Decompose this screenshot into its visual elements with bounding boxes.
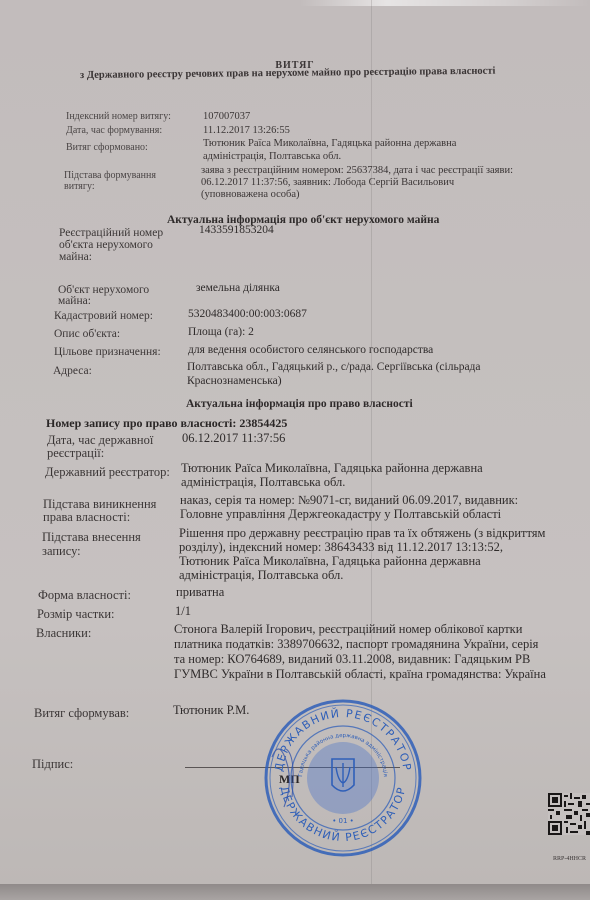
address-line1: Полтавська обл., Гадяцький р., с/рада. С…	[187, 361, 481, 375]
field-label: Державний реєстратор:	[45, 466, 170, 478]
extract-formed-by-line1: Тютюник Раїса Миколаївна, Гадяцька район…	[203, 137, 456, 151]
extract-datetime: 11.12.2017 13:26:55	[203, 124, 290, 138]
field-label: Розмір частки:	[37, 608, 115, 620]
entry-basis-line1: Рішення про державну реєстрацію прав та …	[179, 527, 545, 541]
field-label: Підстава виникнення	[43, 498, 156, 510]
qr-code-label: RRP-4HHCR	[553, 856, 586, 862]
field-label: запису:	[42, 545, 81, 557]
entry-basis-line2: розділу), індексний номер: 38643433 від …	[179, 541, 503, 555]
extract-formed-by-line2: адміністрація, Полтавська обл.	[203, 150, 341, 164]
owners-line3: та номер: КО764689, виданий 03.11.2008, …	[174, 653, 530, 667]
registrar-line1: Тютюник Раїса Миколаївна, Гадяцька район…	[181, 462, 483, 476]
field-label: Дата, час державної	[47, 434, 153, 446]
field-label: витягу:	[64, 181, 95, 193]
field-label: реєстрації:	[47, 447, 104, 459]
owners-line4: ГУМВС України в Полтавській області, кра…	[174, 668, 546, 682]
owners-line1: Стонога Валерій Ігорович, реєстраційний …	[174, 623, 522, 637]
field-label: Дата, час формування:	[66, 125, 162, 137]
formed-by-label: Витяг сформував:	[34, 707, 129, 719]
extract-index-number: 107007037	[203, 110, 250, 124]
object-description: Площа (га): 2	[188, 326, 254, 340]
field-label: права власності:	[43, 511, 130, 523]
document-sheet: ВИТЯГ з Державного реєстру речових прав …	[0, 0, 590, 888]
field-label: Власники:	[36, 627, 91, 639]
object-type: земельна ділянка	[196, 282, 280, 296]
ownership-basis-line2: Головне управління Держгеокадастру у Пол…	[180, 508, 501, 522]
ownership-form: приватна	[176, 586, 224, 600]
field-label: майна:	[59, 251, 92, 263]
page-edge-shadow	[0, 884, 590, 900]
formed-by-value: Тютюник Р.М.	[173, 704, 249, 718]
field-label: Витяг сформовано:	[66, 142, 148, 154]
field-label: Опис об'єкта:	[54, 328, 120, 340]
entry-basis-line4: адміністрація, Полтавська обл.	[179, 569, 343, 583]
designated-purpose: для ведення особистого селянського госпо…	[188, 344, 433, 358]
owners-line2: платника податків: 3389706632, паспорт г…	[174, 638, 538, 652]
field-label: Адреса:	[53, 365, 92, 377]
extract-basis-line3: (уповноважена особа)	[201, 188, 300, 202]
signature-label: Підпис:	[32, 758, 73, 770]
svg-text:• 01 •: • 01 •	[332, 817, 354, 825]
field-label: майна:	[58, 295, 91, 307]
field-label: Цільове призначення:	[54, 346, 161, 358]
registration-datetime: 06.12.2017 11:37:56	[182, 432, 285, 446]
field-label: Форма власності:	[38, 589, 131, 601]
field-label: об'єкта нерухомого	[59, 239, 153, 251]
field-label: Підстава внесення	[42, 531, 141, 543]
entry-basis-line3: Тютюник Раїса Миколаївна, Гадяцька район…	[179, 555, 481, 569]
field-label: Індексний номер витягу:	[66, 111, 171, 123]
ownership-basis-line1: наказ, серія та номер: №9071-сг, виданий…	[180, 494, 518, 508]
ownership-record-number: Номер запису про право власності: 238544…	[46, 416, 287, 431]
section-title: Актуальна інформація про право власності	[186, 398, 413, 410]
address-line2: Краснознаменська)	[187, 375, 282, 389]
qr-code-icon	[548, 793, 590, 835]
registrar-stamp-icon: ДЕРЖАВНИЙ РЕЄСТРАТОР ДЕРЖАВНИЙ РЕЄСТРАТО…	[262, 697, 424, 859]
share-size: 1/1	[175, 605, 191, 619]
field-label: Кадастровий номер:	[54, 310, 153, 322]
field-label: Реєстраційний номер	[59, 227, 163, 239]
photo-glare	[300, 0, 590, 6]
object-registration-number: 1433591853204	[199, 224, 274, 238]
registrar-line2: адміністрація, Полтавська обл.	[181, 476, 345, 490]
cadastral-number: 5320483400:00:003:0687	[188, 308, 307, 322]
